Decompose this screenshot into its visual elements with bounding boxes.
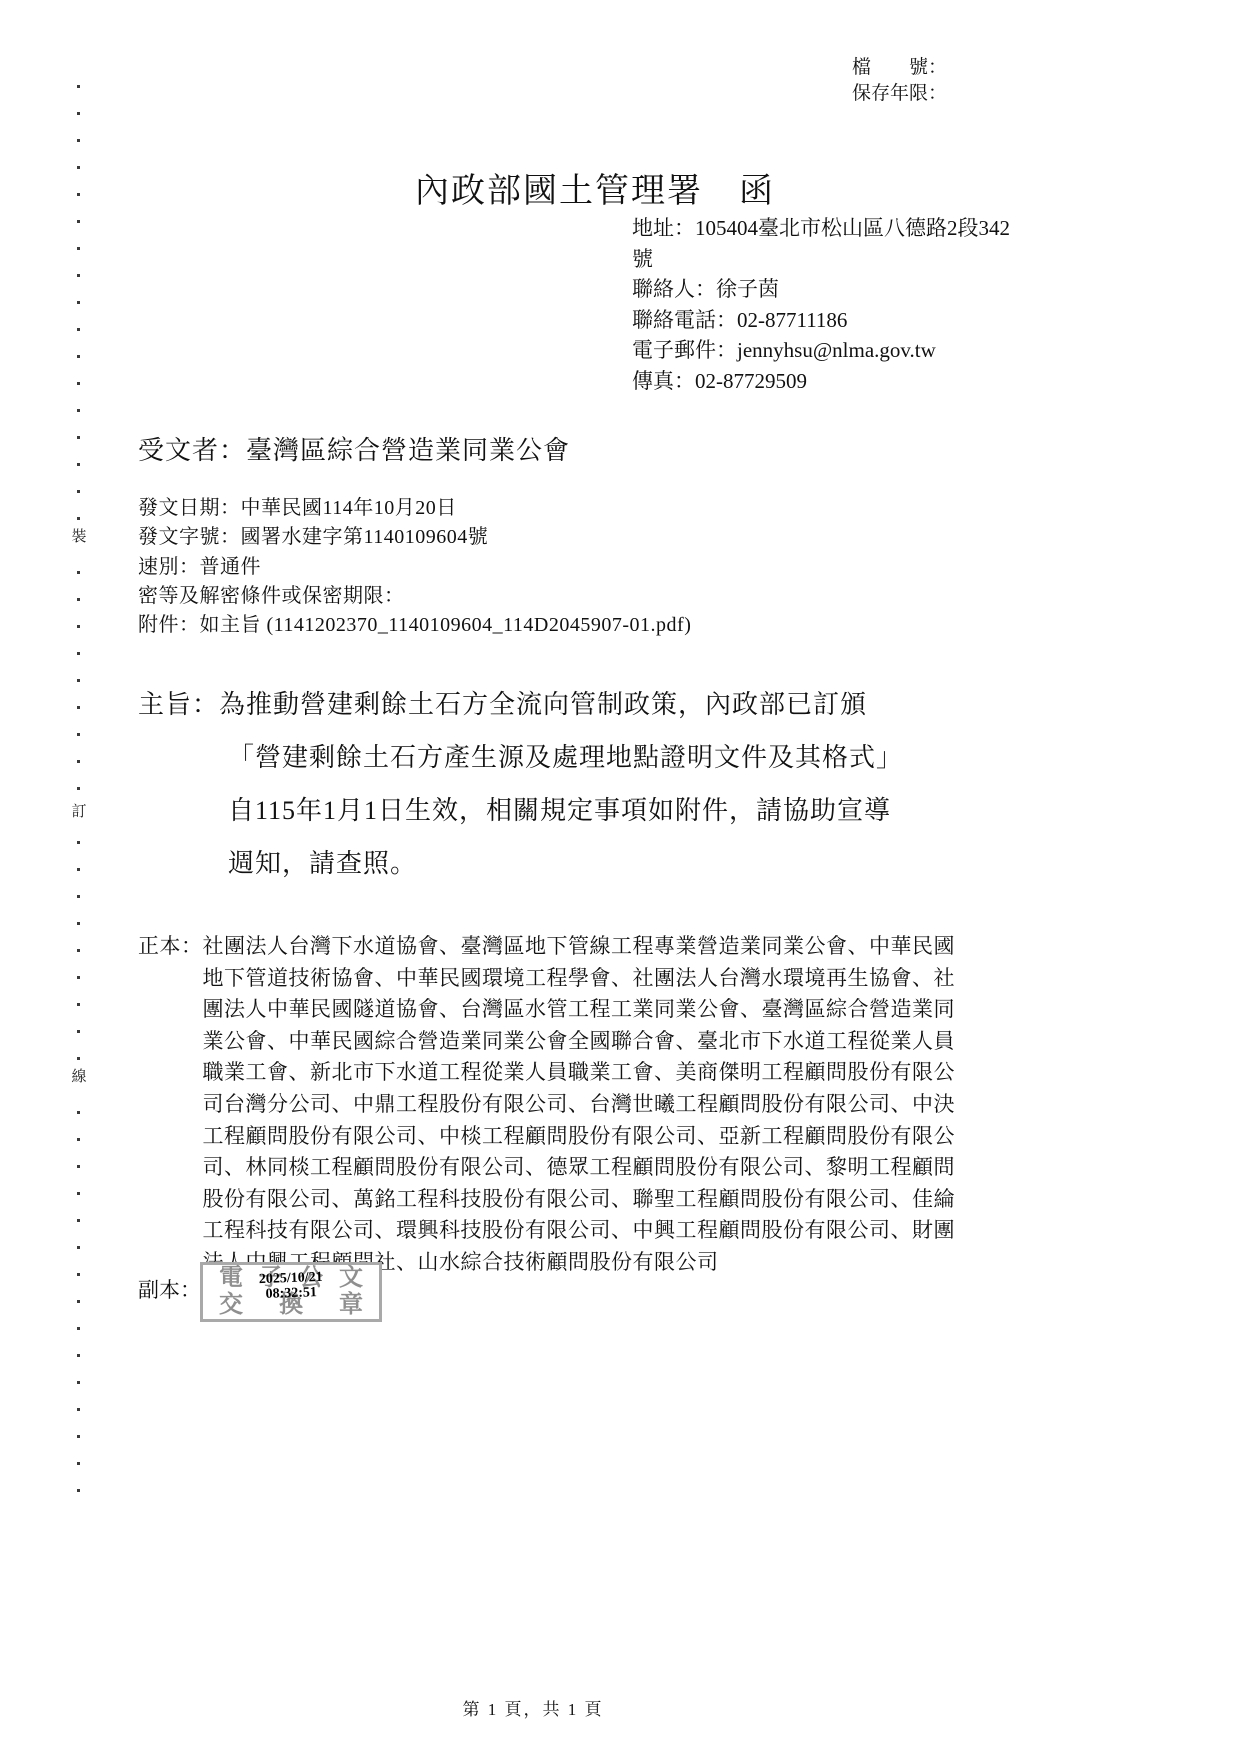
sender-contact-info: 地址：105404臺北市松山區八德路2段342 號 聯絡人：徐子茵 聯絡電話：0… <box>632 213 1010 396</box>
binding-mark-xian: 線 <box>68 1067 90 1087</box>
file-no-label: 檔 號： <box>852 57 947 78</box>
stamp-time-value: 08:32:51 <box>265 1285 317 1302</box>
subject-line-3: 自115年1月1日生效，相關規定事項如附件，請協助宣導 <box>228 784 903 837</box>
primary-recipients-block: 正本： 社團法人台灣下水道協會、臺灣區地下管線工程專業營造業同業公會、中華民國 … <box>138 931 955 1279</box>
file-number-block: 檔 號： 保存年限： <box>852 55 947 107</box>
subject-line-4: 週知，請查照。 <box>228 837 903 890</box>
subject-line-2: 「營建剩餘土石方產生源及處理地點證明文件及其格式」 <box>228 731 903 784</box>
binding-mark-ding: 訂 <box>68 802 90 822</box>
subject-line-1: 為推動營建剩餘土石方全流向管制政策，內政部已訂頒 <box>219 678 867 731</box>
page-footer: 第 1 頁，共 1 頁 <box>0 1695 1066 1720</box>
cc-label: 副本： <box>138 1268 201 1304</box>
electronic-exchange-stamp: 電子公文 交換章 2025/10/2108:32:51 <box>200 1262 382 1322</box>
official-letter-page: 裝 訂 線 檔 號： 保存年限： 內政部國土管理署 函 地址：105404臺北市… <box>0 0 1241 1754</box>
binding-mark-zhuang: 裝 <box>68 527 90 547</box>
subject-block: 主旨： 為推動營建剩餘土石方全流向管制政策，內政部已訂頒 「營建剩餘土石方產生源… <box>138 678 903 890</box>
primary-recipients-list: 社團法人台灣下水道協會、臺灣區地下管線工程專業營造業同業公會、中華民國 地下管道… <box>203 931 956 1279</box>
cc-row: 副本： <box>138 1268 201 1304</box>
subject-first-line: 主旨： 為推動營建剩餘土石方全流向管制政策，內政部已訂頒 <box>138 678 903 731</box>
primary-recipients-label: 正本： <box>138 931 203 1279</box>
retention-label: 保存年限： <box>852 83 947 104</box>
document-meta-block: 發文日期：中華民國114年10月20日 發文字號：國署水建字第114010960… <box>138 494 691 640</box>
subject-label: 主旨： <box>138 678 219 731</box>
document-title: 內政部國土管理署 函 <box>0 163 1190 212</box>
stamp-timestamp: 2025/10/2108:32:51 <box>203 1268 380 1304</box>
binding-dotted-line <box>77 85 80 1513</box>
recipient-line: 受文者：臺灣區綜合營造業同業公會 <box>138 430 570 467</box>
